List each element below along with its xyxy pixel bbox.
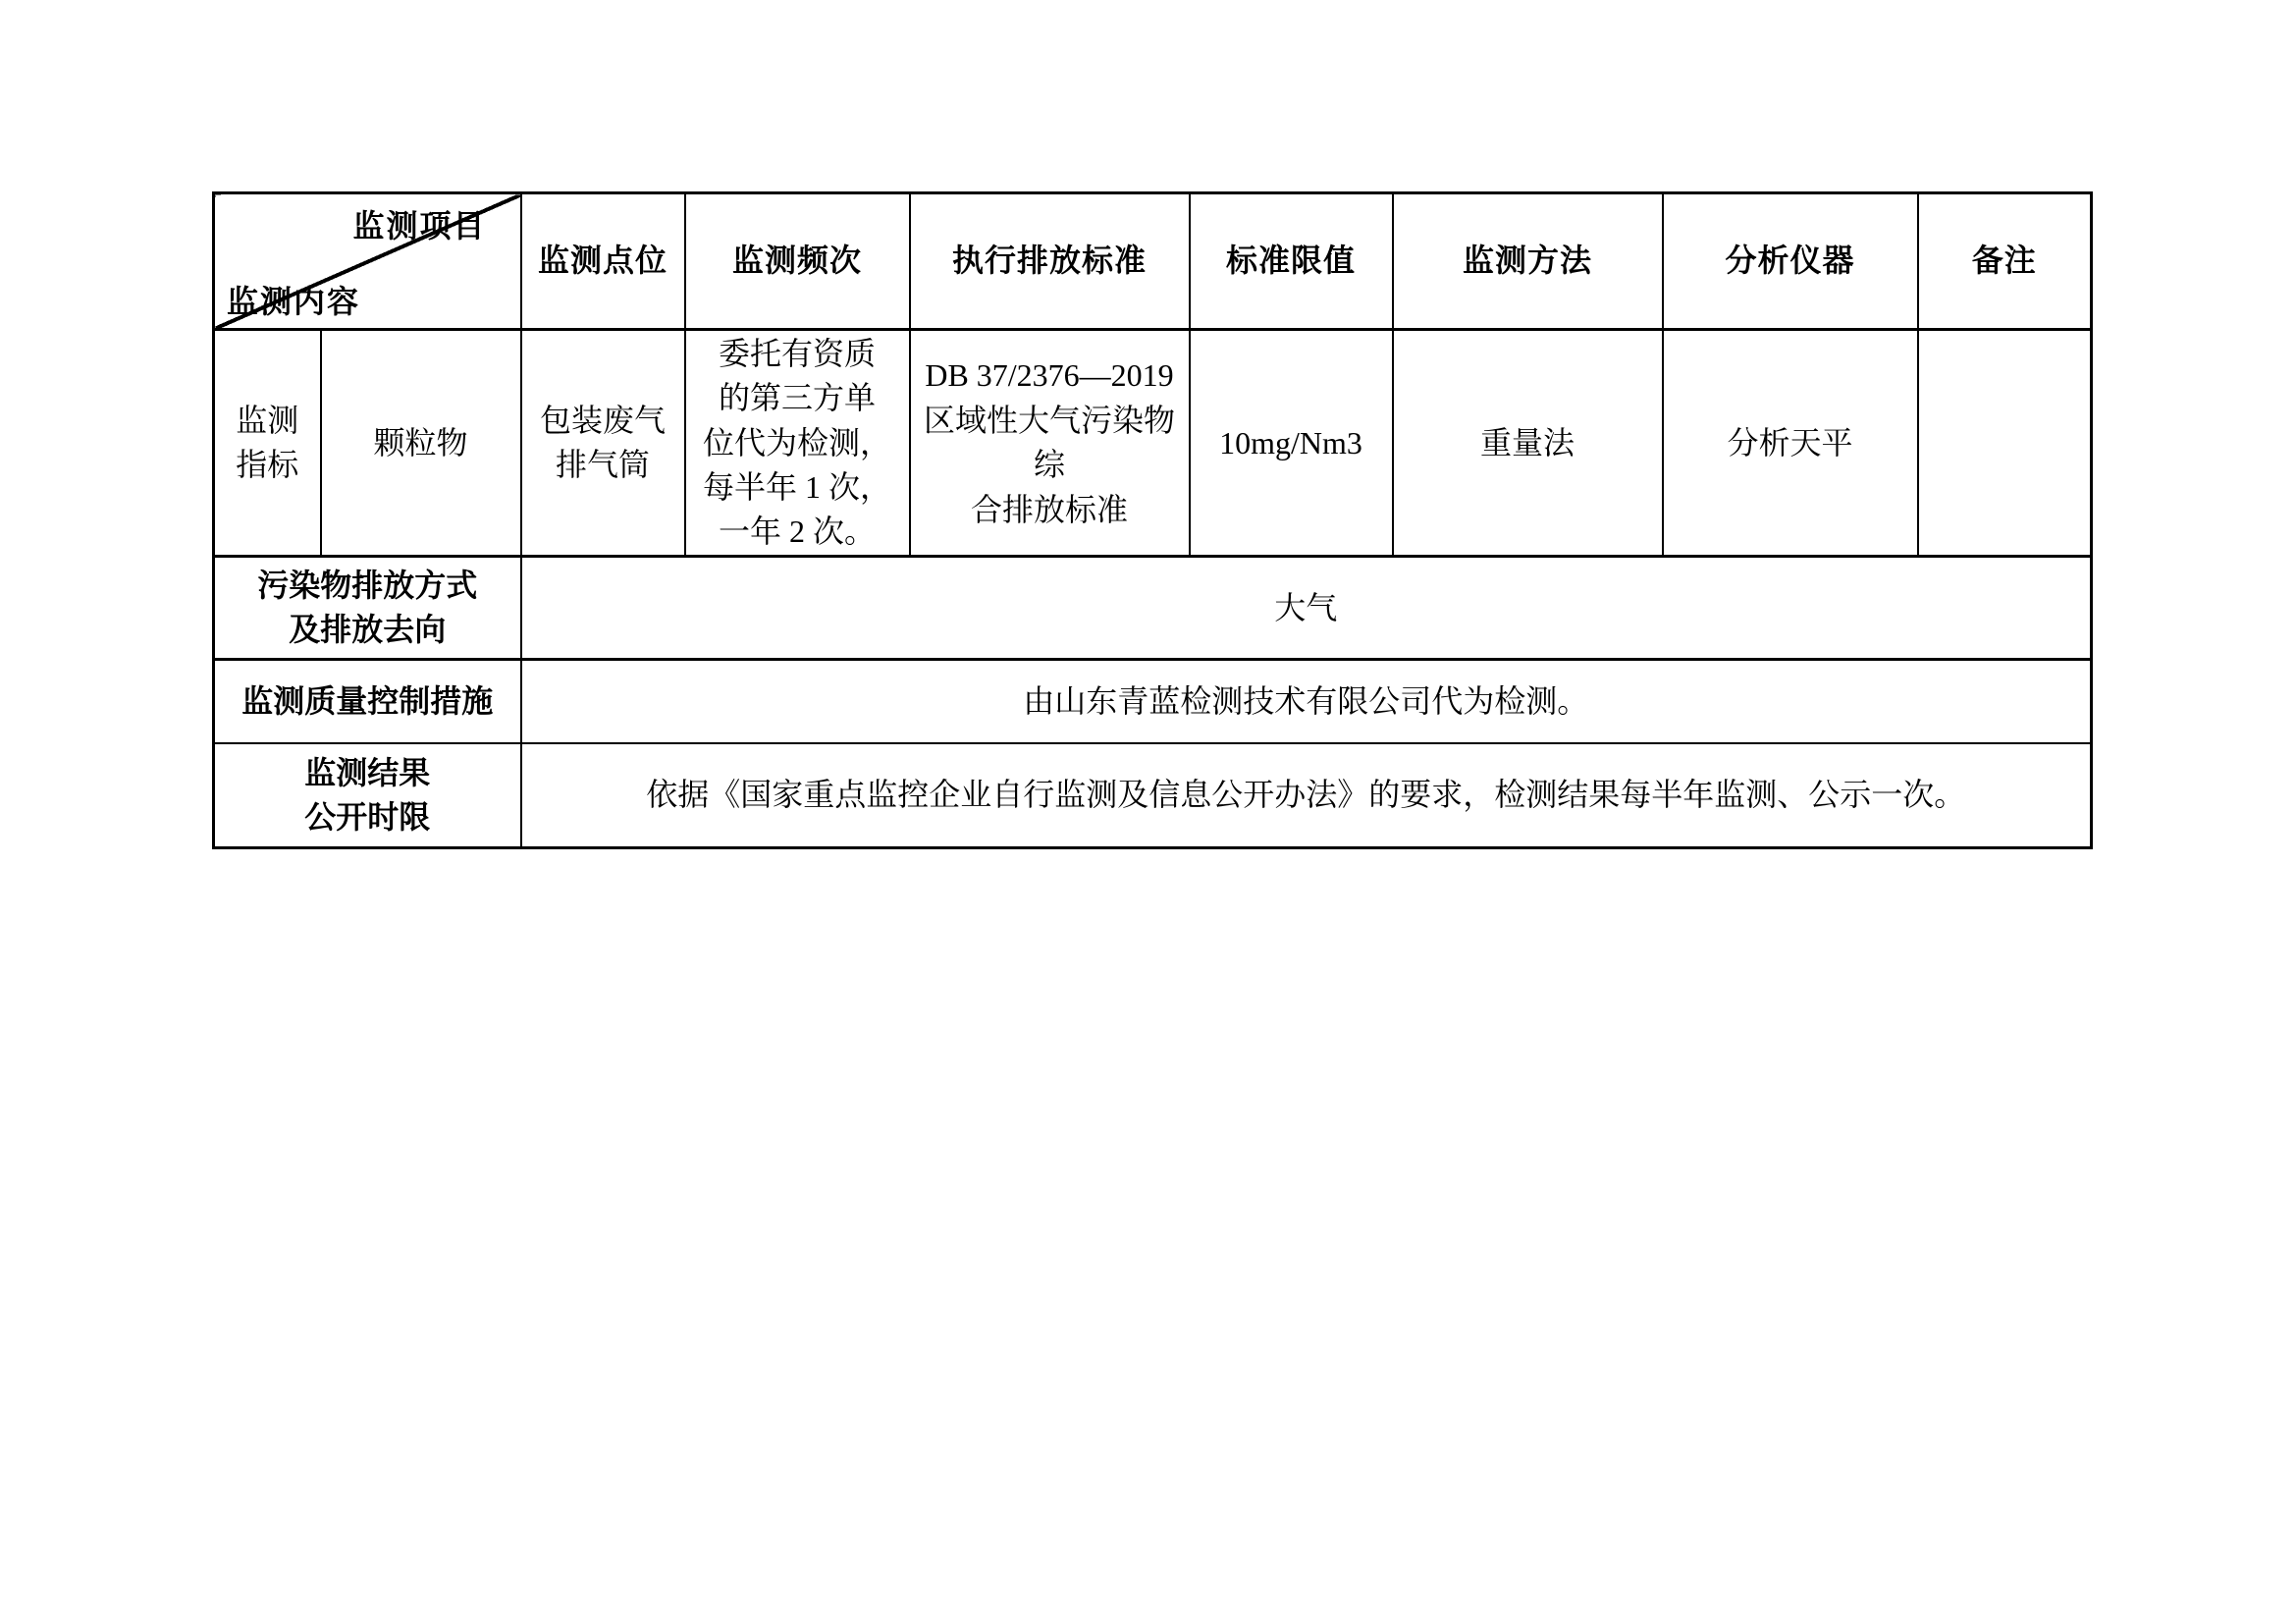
diagonal-label-monitoring-project: 监测项目 [352, 204, 486, 248]
diagonal-header-cell: 监测项目 监测内容 [214, 193, 521, 330]
data-row: 监测 指标 颗粒物 包装废气 排气筒 委托有资质 的第三方单 位代为检测， 每半… [214, 330, 2092, 557]
column-header-standard-limit: 标准限值 [1190, 193, 1393, 330]
column-header-analysis-instrument: 分析仪器 [1663, 193, 1918, 330]
cell-monitoring-point: 包装废气 排气筒 [521, 330, 685, 557]
column-header-emission-standard: 执行排放标准 [910, 193, 1190, 330]
cell-analysis-instrument: 分析天平 [1663, 330, 1918, 557]
header-row: 监测项目 监测内容 监测点位 监测频次 执行排放标准 标准限值 监测方法 分析仪… [214, 193, 2092, 330]
column-header-monitoring-point: 监测点位 [521, 193, 685, 330]
monitoring-table: 监测项目 监测内容 监测点位 监测频次 执行排放标准 标准限值 监测方法 分析仪… [212, 191, 2093, 849]
column-header-monitoring-frequency: 监测频次 [685, 193, 910, 330]
column-header-monitoring-method: 监测方法 [1393, 193, 1663, 330]
diagonal-label-monitoring-content: 监测内容 [227, 280, 360, 324]
cell-monitoring-method: 重量法 [1393, 330, 1663, 557]
label-quality-control-measures: 监测质量控制措施 [214, 660, 521, 743]
content-result-publish-period: 依据《国家重点监控企业自行监测及信息公开办法》的要求，检测结果每半年监测、公示一… [521, 743, 2092, 848]
label-result-publish-period: 监测结果 公开时限 [214, 743, 521, 848]
cell-emission-standard: DB 37/2376—2019 区域性大气污染物综 合排放标准 [910, 330, 1190, 557]
quality-control-row: 监测质量控制措施 由山东青蓝检测技术有限公司代为检测。 [214, 660, 2092, 743]
cell-remarks [1918, 330, 2092, 557]
emission-mode-row: 污染物排放方式 及排放去向 大气 [214, 557, 2092, 660]
document-page: 监测项目 监测内容 监测点位 监测频次 执行排放标准 标准限值 监测方法 分析仪… [0, 0, 2296, 1624]
cell-monitoring-frequency: 委托有资质 的第三方单 位代为检测， 每半年 1 次， 一年 2 次。 [685, 330, 910, 557]
content-emission-mode-destination: 大气 [521, 557, 2092, 660]
content-quality-control-measures: 由山东青蓝检测技术有限公司代为检测。 [521, 660, 2092, 743]
cell-monitoring-indicator-label: 监测 指标 [214, 330, 321, 557]
label-emission-mode-destination: 污染物排放方式 及排放去向 [214, 557, 521, 660]
cell-parameter-particulate: 颗粒物 [321, 330, 521, 557]
cell-standard-limit: 10mg/Nm3 [1190, 330, 1393, 557]
column-header-remarks: 备注 [1918, 193, 2092, 330]
result-publish-row: 监测结果 公开时限 依据《国家重点监控企业自行监测及信息公开办法》的要求，检测结… [214, 743, 2092, 848]
